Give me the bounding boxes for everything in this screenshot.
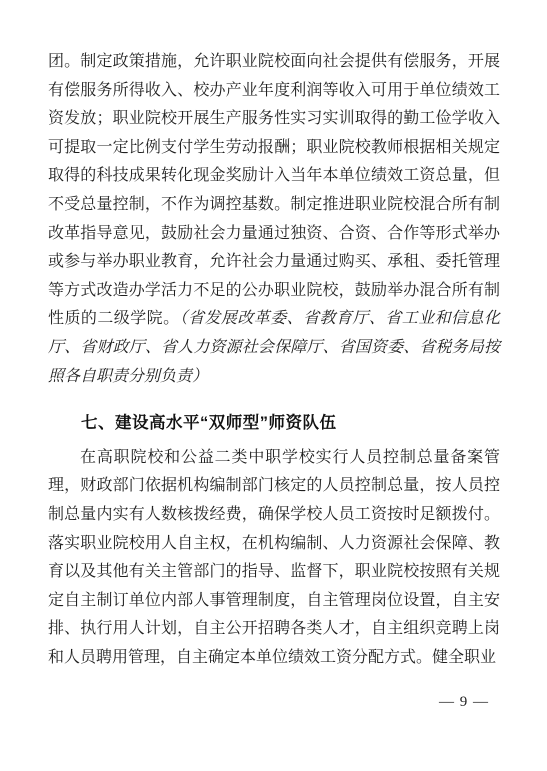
page-content: 团。制定政策措施，允许职业院校面向社会提供有偿服务，开展有偿服务所得收入、校办产… <box>48 48 500 672</box>
section-heading: 七、建设高水平“双师型”师资队伍 <box>48 409 500 438</box>
document-page: 团。制定政策措施，允许职业院校面向社会提供有偿服务，开展有偿服务所得收入、校办产… <box>0 0 547 771</box>
paragraph-body: 在高职院校和公益二类中职学校实行人员控制总量备案管理，财政部门依据机构编制部门核… <box>48 444 500 673</box>
page-number: — 9 — <box>439 694 489 711</box>
paragraph-continuation-text: 团。制定政策措施，允许职业院校面向社会提供有偿服务，开展有偿服务所得收入、校办产… <box>48 53 500 327</box>
paragraph-continuation: 团。制定政策措施，允许职业院校面向社会提供有偿服务，开展有偿服务所得收入、校办产… <box>48 48 500 391</box>
